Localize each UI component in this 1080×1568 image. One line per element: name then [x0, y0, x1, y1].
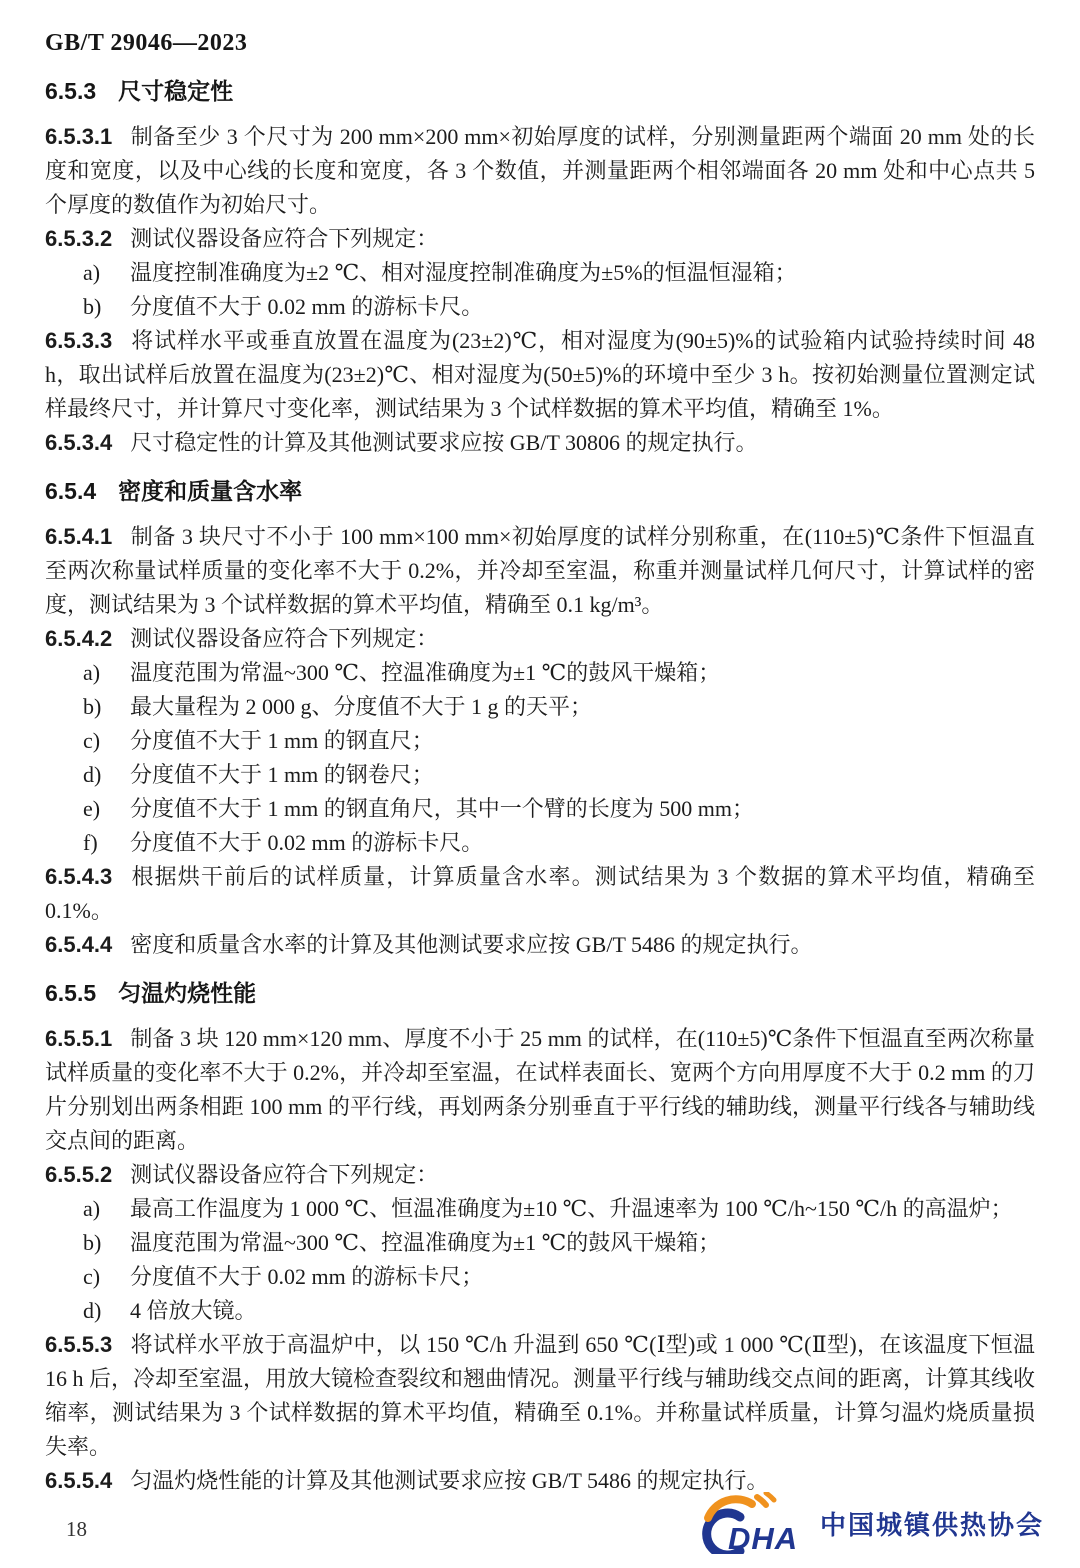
list-item: a)温度范围为常温~300 ℃、控温准确度为±1 ℃的鼓风干燥箱； — [45, 656, 1035, 690]
list-item-label: a) — [83, 256, 100, 290]
clause-text: 测试仪器设备应符合下列规定： — [130, 226, 438, 251]
clause-number: 6.5.3.2 — [45, 226, 112, 251]
clause-text: 测试仪器设备应符合下列规定： — [130, 1162, 438, 1187]
list-item: d)分度值不大于 1 mm 的钢卷尺； — [45, 758, 1035, 792]
document-page: GB/T 29046—2023 6.5.3尺寸稳定性 6.5.3.1制备至少 3… — [0, 0, 1080, 1498]
clause-number: 6.5.5.1 — [45, 1026, 112, 1051]
clause-text: 匀温灼烧性能的计算及其他测试要求应按 GB/T 5486 的规定执行。 — [130, 1468, 768, 1493]
clause-number: 6.5.4.4 — [45, 932, 112, 957]
clause-text: 制备至少 3 个尺寸为 200 mm×200 mm×初始厚度的试样，分别测量距两… — [45, 124, 1035, 217]
clause-number: 6.5.5.4 — [45, 1468, 112, 1493]
list-item: d)4 倍放大镜。 — [45, 1294, 1035, 1328]
section-density-moisture: 6.5.4密度和质量含水率 6.5.4.1制备 3 块尺寸不小于 100 mm×… — [45, 474, 1035, 962]
clause-text: 尺寸稳定性的计算及其他测试要求应按 GB/T 30806 的规定执行。 — [130, 430, 757, 455]
list-item-text: 温度范围为常温~300 ℃、控温准确度为±1 ℃的鼓风干燥箱； — [130, 660, 720, 685]
page-number: 18 — [66, 1517, 87, 1542]
clause-text: 制备 3 块尺寸不小于 100 mm×100 mm×初始厚度的试样分别称重，在(… — [45, 524, 1035, 617]
list-item: b)最大量程为 2 000 g、分度值不大于 1 g 的天平； — [45, 690, 1035, 724]
clause-paragraph: 6.5.4.3根据烘干前后的试样质量，计算质量含水率。测试结果为 3 个数据的算… — [45, 860, 1035, 928]
clause-paragraph: 6.5.3.3将试样水平或垂直放置在温度为(23±2)℃，相对湿度为(90±5)… — [45, 324, 1035, 426]
section-number: 6.5.4 — [45, 478, 96, 504]
clause-number: 6.5.3.1 — [45, 124, 112, 149]
list-item-text: 分度值不大于 0.02 mm 的游标卡尺。 — [130, 294, 483, 319]
dha-acronym: DHA — [728, 1521, 798, 1554]
section-heading: 6.5.4密度和质量含水率 — [45, 474, 1035, 508]
list-item-label: c) — [83, 724, 100, 758]
clause-paragraph: 6.5.4.2测试仪器设备应符合下列规定： — [45, 622, 1035, 656]
section-dimensional-stability: 6.5.3尺寸稳定性 6.5.3.1制备至少 3 个尺寸为 200 mm×200… — [45, 74, 1035, 460]
section-title: 尺寸稳定性 — [118, 78, 233, 104]
clause-text: 制备 3 块 120 mm×120 mm、厚度不小于 25 mm 的试样，在(1… — [45, 1026, 1035, 1153]
list-item-text: 4 倍放大镜。 — [130, 1298, 257, 1323]
clause-number: 6.5.4.3 — [45, 864, 112, 889]
section-heading: 6.5.5匀温灼烧性能 — [45, 976, 1035, 1010]
clause-text: 测试仪器设备应符合下列规定： — [130, 626, 438, 651]
list-item-label: f) — [83, 826, 98, 860]
clause-number: 6.5.4.2 — [45, 626, 112, 651]
section-number: 6.5.3 — [45, 78, 96, 104]
list-item-text: 分度值不大于 0.02 mm 的游标卡尺； — [130, 1264, 483, 1289]
list-item-text: 温度范围为常温~300 ℃、控温准确度为±1 ℃的鼓风干燥箱； — [130, 1230, 720, 1255]
list-item-label: b) — [83, 290, 101, 324]
list-item: a)最高工作温度为 1 000 ℃、恒温准确度为±10 ℃、升温速率为 100 … — [45, 1192, 1035, 1226]
list-item: b)温度范围为常温~300 ℃、控温准确度为±1 ℃的鼓风干燥箱； — [45, 1226, 1035, 1260]
clause-paragraph: 6.5.3.1制备至少 3 个尺寸为 200 mm×200 mm×初始厚度的试样… — [45, 120, 1035, 222]
list-item-label: d) — [83, 1294, 101, 1328]
clause-paragraph: 6.5.5.1制备 3 块 120 mm×120 mm、厚度不小于 25 mm … — [45, 1022, 1035, 1158]
clause-paragraph: 6.5.5.2测试仪器设备应符合下列规定： — [45, 1158, 1035, 1192]
section-title: 密度和质量含水率 — [118, 478, 302, 504]
list-item: a)温度控制准确度为±2 ℃、相对湿度控制准确度为±5%的恒温恒湿箱； — [45, 256, 1035, 290]
list-item-label: c) — [83, 1260, 100, 1294]
cdha-logo-icon: DHA — [694, 1492, 812, 1554]
list-item-label: b) — [83, 690, 101, 724]
association-logo: DHA 中国城镇供热协会 — [694, 1492, 1044, 1554]
list-item: c)分度值不大于 0.02 mm 的游标卡尺； — [45, 1260, 1035, 1294]
list-item-text: 分度值不大于 1 mm 的钢直尺； — [130, 728, 434, 753]
list-item-label: e) — [83, 792, 100, 826]
list-item: f)分度值不大于 0.02 mm 的游标卡尺。 — [45, 826, 1035, 860]
clause-number: 6.5.5.3 — [45, 1332, 112, 1357]
standard-number: GB/T 29046—2023 — [45, 26, 1035, 60]
clause-paragraph: 6.5.4.1制备 3 块尺寸不小于 100 mm×100 mm×初始厚度的试样… — [45, 520, 1035, 622]
clause-text: 将试样水平放于高温炉中，以 150 ℃/h 升温到 650 ℃(Ⅰ型)或 1 0… — [45, 1332, 1035, 1459]
clause-text: 将试样水平或垂直放置在温度为(23±2)℃，相对湿度为(90±5)%的试验箱内试… — [45, 328, 1035, 421]
list-item: b)分度值不大于 0.02 mm 的游标卡尺。 — [45, 290, 1035, 324]
association-name: 中国城镇供热协会 — [820, 1505, 1044, 1542]
list-item-text: 温度控制准确度为±2 ℃、相对湿度控制准确度为±5%的恒温恒湿箱； — [130, 260, 797, 285]
list-item-text: 最高工作温度为 1 000 ℃、恒温准确度为±10 ℃、升温速率为 100 ℃/… — [130, 1196, 1013, 1221]
list-item-label: d) — [83, 758, 101, 792]
clause-number: 6.5.3.3 — [45, 328, 112, 353]
list-item-label: b) — [83, 1226, 101, 1260]
list-item: c)分度值不大于 1 mm 的钢直尺； — [45, 724, 1035, 758]
list-item: e)分度值不大于 1 mm 的钢直角尺，其中一个臂的长度为 500 mm； — [45, 792, 1035, 826]
clause-number: 6.5.3.4 — [45, 430, 112, 455]
clause-paragraph: 6.5.3.4尺寸稳定性的计算及其他测试要求应按 GB/T 30806 的规定执… — [45, 426, 1035, 460]
section-heading: 6.5.3尺寸稳定性 — [45, 74, 1035, 108]
clause-text: 根据烘干前后的试样质量，计算质量含水率。测试结果为 3 个数据的算术平均值，精确… — [45, 864, 1035, 923]
list-item-text: 最大量程为 2 000 g、分度值不大于 1 g 的天平； — [130, 694, 592, 719]
clause-paragraph: 6.5.5.3将试样水平放于高温炉中，以 150 ℃/h 升温到 650 ℃(Ⅰ… — [45, 1328, 1035, 1464]
clause-number: 6.5.4.1 — [45, 524, 112, 549]
section-number: 6.5.5 — [45, 980, 96, 1006]
list-item-text: 分度值不大于 0.02 mm 的游标卡尺。 — [130, 830, 483, 855]
list-item-text: 分度值不大于 1 mm 的钢卷尺； — [130, 762, 434, 787]
list-item-text: 分度值不大于 1 mm 的钢直角尺，其中一个臂的长度为 500 mm； — [130, 796, 754, 821]
clause-paragraph: 6.5.4.4密度和质量含水率的计算及其他测试要求应按 GB/T 5486 的规… — [45, 928, 1035, 962]
list-item-label: a) — [83, 1192, 100, 1226]
section-uniform-burning: 6.5.5匀温灼烧性能 6.5.5.1制备 3 块 120 mm×120 mm、… — [45, 976, 1035, 1498]
clause-paragraph: 6.5.3.2测试仪器设备应符合下列规定： — [45, 222, 1035, 256]
clause-text: 密度和质量含水率的计算及其他测试要求应按 GB/T 5486 的规定执行。 — [130, 932, 812, 957]
list-item-label: a) — [83, 656, 100, 690]
section-title: 匀温灼烧性能 — [118, 980, 256, 1006]
clause-number: 6.5.5.2 — [45, 1162, 112, 1187]
